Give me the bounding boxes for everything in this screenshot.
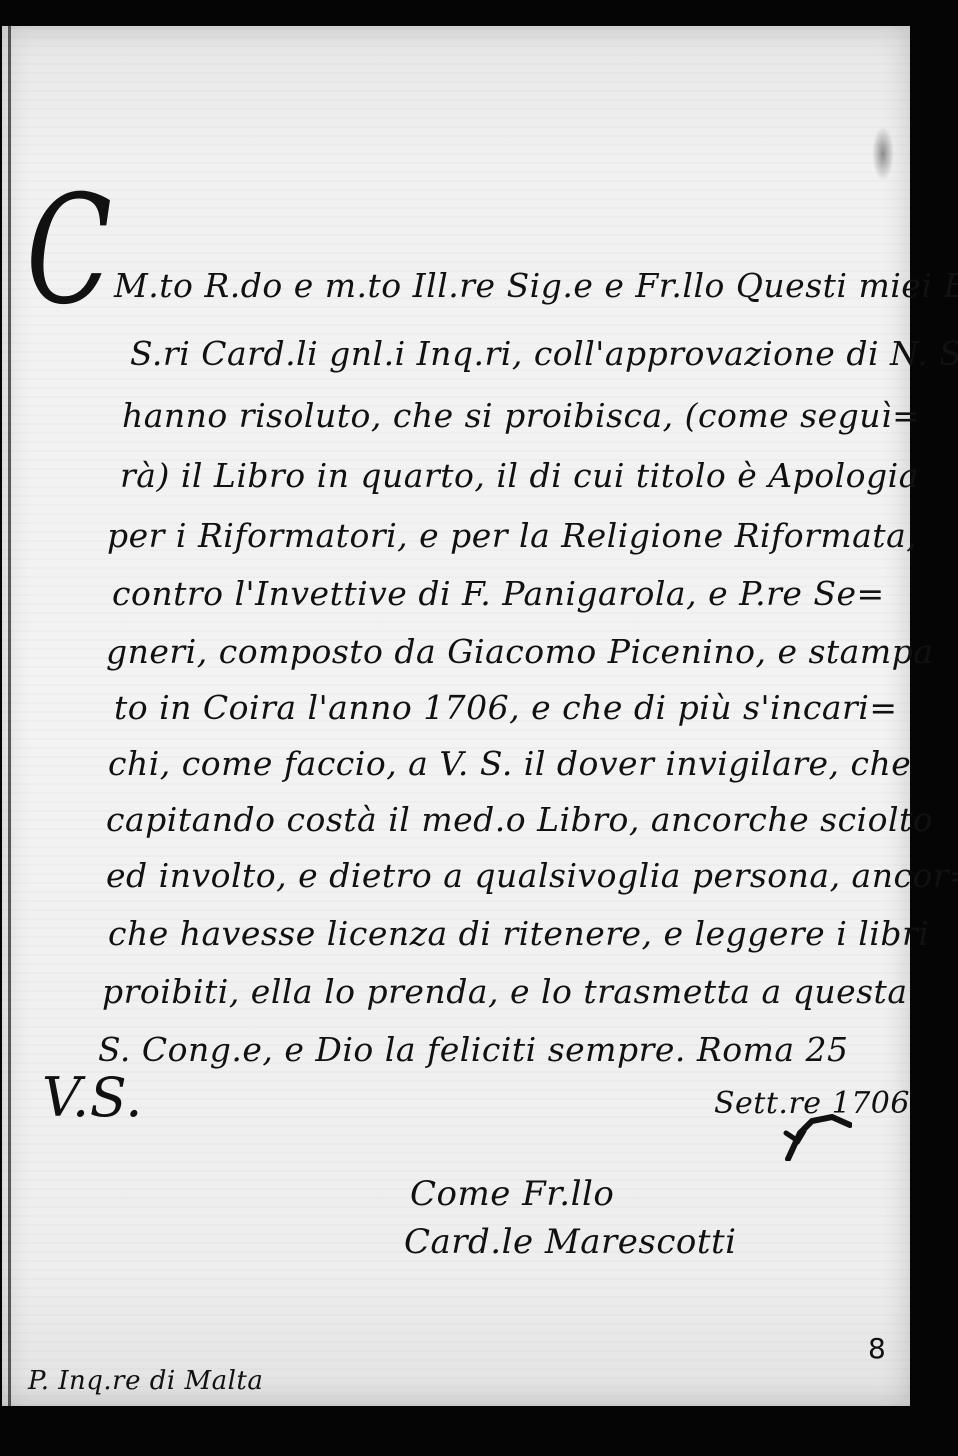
body-line-11: ed involto, e dietro a qualsivoglia pers… [106,856,958,895]
body-line-2: S.ri Card.li gnl.i Inq.ri, coll'approvaz… [130,334,958,373]
decorated-initial: C [26,176,112,326]
body-line-5: per i Riformatori, e per la Religione Ri… [107,516,917,555]
body-line-1: M.to R.do e m.to Ill.re Sig.e e Fr.llo Q… [114,266,958,305]
body-line-10: capitando costà il med.o Libro, ancorche… [106,800,933,839]
ink-smudge [872,126,894,181]
address-line: P. Inq.re di Malta [28,1366,263,1396]
body-line-3: hanno risoluto, che si proibisca, (come … [122,396,920,435]
body-line-4: rà) il Libro in quarto, il di cui titolo… [120,456,919,495]
flourish-mark [782,1111,852,1161]
closing-abbreviation: V.S. [42,1066,143,1129]
body-line-7: gneri, composto da Giacomo Picenino, e s… [106,632,933,671]
body-line-6: contro l'Invettive di F. Panigarola, e P… [112,574,885,613]
body-line-8: to in Coira l'anno 1706, e che di più s'… [114,688,897,727]
folio-number: 8 [868,1332,886,1365]
body-line-9: chi, come faccio, a V. S. il dover invig… [108,744,911,783]
manuscript-page: C M.to R.do e m.to Ill.re Sig.e e Fr.llo… [2,26,910,1406]
body-line-14: S. Cong.e, e Dio la feliciti sempre. Rom… [98,1030,849,1069]
signature-line-2: Card.le Marescotti [404,1222,737,1262]
body-line-12: che havesse licenza di ritenere, e legge… [108,914,929,953]
signature-line-1: Come Fr.llo [410,1174,614,1214]
body-line-13: proibiti, ella lo prenda, e lo trasmetta… [102,972,908,1011]
